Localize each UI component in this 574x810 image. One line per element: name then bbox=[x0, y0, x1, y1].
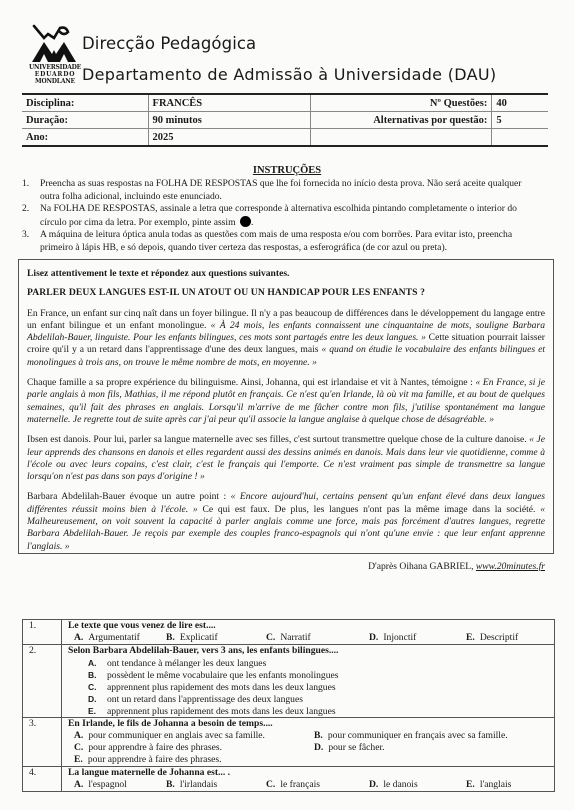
questions-table: 1. Le texte que vous venez de lire est..… bbox=[22, 619, 555, 792]
empty-cell bbox=[492, 129, 548, 147]
option-e[interactable]: E.apprennent plus rapidement des mots da… bbox=[88, 705, 554, 717]
option-b[interactable]: B.Explicatif bbox=[166, 632, 266, 644]
reading-instruction: Lisez attentivement le texte et répondez… bbox=[27, 268, 545, 280]
question-stem: La langue maternelle de Johanna est... . bbox=[68, 767, 554, 779]
option-c[interactable]: C.pour apprendre à faire des phrases. bbox=[74, 742, 314, 754]
questions-count-label: Nº Questões: bbox=[310, 94, 491, 112]
question-stem: En Irlande, le fils de Johanna a besoin … bbox=[68, 718, 554, 730]
filled-circle-icon bbox=[240, 216, 251, 227]
option-d[interactable]: D.le danois bbox=[369, 779, 466, 791]
option-c[interactable]: C.Narratif bbox=[266, 632, 369, 644]
department-title: Departamento de Admissão à Universidade … bbox=[82, 65, 496, 84]
option-c[interactable]: C.le français bbox=[266, 779, 369, 791]
passage-title: PARLER DEUX LANGUES EST-IL UN ATOUT OU U… bbox=[27, 287, 545, 299]
alternatives-value: 5 bbox=[492, 112, 548, 129]
question-stem: Selon Barbara Abdelilah-Bauer, vers 3 an… bbox=[68, 645, 554, 657]
option-e[interactable]: E.Descriptif bbox=[466, 632, 518, 644]
option-a[interactable]: A.l'espagnol bbox=[74, 779, 166, 791]
duration-label: Duração: bbox=[22, 112, 148, 129]
question-row: 1. Le texte que vous venez de lire est..… bbox=[23, 620, 555, 645]
passage-paragraph: Chaque famille a sa propre expérience du… bbox=[27, 377, 545, 426]
instruction-item: 1. Preencha as suas respostas na FOLHA D… bbox=[22, 178, 542, 203]
option-e[interactable]: E.l'anglais bbox=[466, 779, 511, 791]
question-number: 1. bbox=[23, 620, 62, 645]
questions-count-value: 40 bbox=[492, 94, 548, 112]
options-list: A.ont tendance à mélanger les deux langu… bbox=[68, 657, 554, 717]
options-row: A.l'espagnol B.l'irlandais C.le français… bbox=[68, 779, 554, 791]
question-number: 3. bbox=[23, 718, 62, 767]
instruction-text: A máquina de leitura óptica anula todas … bbox=[40, 229, 542, 254]
option-d[interactable]: D.ont un retard dans l'apprentissage des… bbox=[88, 693, 554, 705]
question-body: En Irlande, le fils de Johanna a besoin … bbox=[62, 718, 555, 767]
instruction-text: Preencha as suas respostas na FOLHA DE R… bbox=[40, 178, 542, 203]
question-body: Le texte que vous venez de lire est.... … bbox=[62, 620, 555, 645]
passage-paragraph: En France, un enfant sur cinq naît dans … bbox=[27, 308, 545, 369]
passage-paragraph: Ibsen est danois. Pour lui, parler sa la… bbox=[27, 434, 545, 483]
options-grid: A.pour communiquer en anglais avec sa fa… bbox=[68, 730, 554, 766]
empty-cell bbox=[310, 129, 491, 147]
year-label: Ano: bbox=[22, 129, 148, 147]
passage-source: D'après Oihana GABRIEL, www.20minutes.fr bbox=[27, 561, 545, 573]
university-logo: UNIVERSIDADE EDUARDO MONDLANE bbox=[28, 24, 80, 90]
passage-paragraph: Barbara Abdelilah-Bauer évoque un autre … bbox=[27, 491, 545, 552]
option-a[interactable]: A.pour communiquer en anglais avec sa fa… bbox=[74, 730, 314, 742]
option-c[interactable]: C.apprennent plus rapidement des mots da… bbox=[88, 681, 554, 693]
option-b[interactable]: B.possèdent le même vocabulaire que les … bbox=[88, 669, 554, 681]
instruction-item: 3. A máquina de leitura óptica anula tod… bbox=[22, 229, 542, 254]
option-e[interactable]: E.pour apprendre à faire des phrases. bbox=[74, 754, 314, 766]
instruction-item: 2. Na FOLHA DE RESPOSTAS, assinale a let… bbox=[22, 203, 542, 229]
option-d[interactable]: D.Injonctif bbox=[369, 632, 466, 644]
instructions-list: 1. Preencha as suas respostas na FOLHA D… bbox=[22, 178, 542, 254]
instruction-number: 2. bbox=[22, 203, 40, 229]
source-link[interactable]: www.20minutes.fr bbox=[476, 561, 545, 572]
instruction-text: Na FOLHA DE RESPOSTAS, assinale a letra … bbox=[40, 203, 517, 228]
option-a[interactable]: A.Argumentatif bbox=[74, 632, 166, 644]
alternatives-label: Alternativas por questão: bbox=[310, 112, 491, 129]
question-number: 2. bbox=[23, 645, 62, 718]
options-row: A.Argumentatif B.Explicatif C.Narratif D… bbox=[68, 632, 554, 644]
reading-passage-box: Lisez attentivement le texte et répondez… bbox=[18, 259, 554, 554]
option-b[interactable]: B.pour communiquer en français avec sa f… bbox=[314, 730, 554, 742]
directorate-title: Direcção Pedagógica bbox=[82, 34, 256, 53]
question-body: Selon Barbara Abdelilah-Bauer, vers 3 an… bbox=[62, 645, 555, 718]
logo-emblem-icon bbox=[28, 24, 80, 64]
logo-text: UNIVERSIDADE EDUARDO MONDLANE bbox=[28, 64, 82, 85]
question-number: 4. bbox=[23, 767, 62, 792]
discipline-value: FRANCÊS bbox=[148, 94, 310, 112]
instructions-title: INSTRUÇÕES bbox=[0, 165, 574, 176]
info-row: Disciplina: FRANCÊS Nº Questões: 40 bbox=[22, 94, 548, 112]
question-row: 3. En Irlande, le fils de Johanna a beso… bbox=[23, 718, 555, 767]
question-stem: Le texte que vous venez de lire est.... bbox=[68, 620, 554, 632]
discipline-label: Disciplina: bbox=[22, 94, 148, 112]
option-d[interactable]: D.pour se fâcher. bbox=[314, 742, 554, 754]
instruction-number: 3. bbox=[22, 229, 40, 254]
exam-info-table: Disciplina: FRANCÊS Nº Questões: 40 Dura… bbox=[22, 93, 548, 147]
info-row: Duração: 90 minutos Alternativas por que… bbox=[22, 112, 548, 129]
instruction-number: 1. bbox=[22, 178, 40, 203]
option-a[interactable]: A.ont tendance à mélanger les deux langu… bbox=[88, 657, 554, 669]
instruction-text-wrap: Na FOLHA DE RESPOSTAS, assinale a letra … bbox=[40, 203, 542, 229]
option-b[interactable]: B.l'irlandais bbox=[166, 779, 266, 791]
duration-value: 90 minutos bbox=[148, 112, 310, 129]
question-body: La langue maternelle de Johanna est... .… bbox=[62, 767, 555, 792]
document-header: UNIVERSIDADE EDUARDO MONDLANE Direcção P… bbox=[26, 24, 556, 90]
year-value: 2025 bbox=[148, 129, 310, 147]
question-row: 4. La langue maternelle de Johanna est..… bbox=[23, 767, 555, 792]
info-row: Ano: 2025 bbox=[22, 129, 548, 147]
question-row: 2. Selon Barbara Abdelilah-Bauer, vers 3… bbox=[23, 645, 555, 718]
